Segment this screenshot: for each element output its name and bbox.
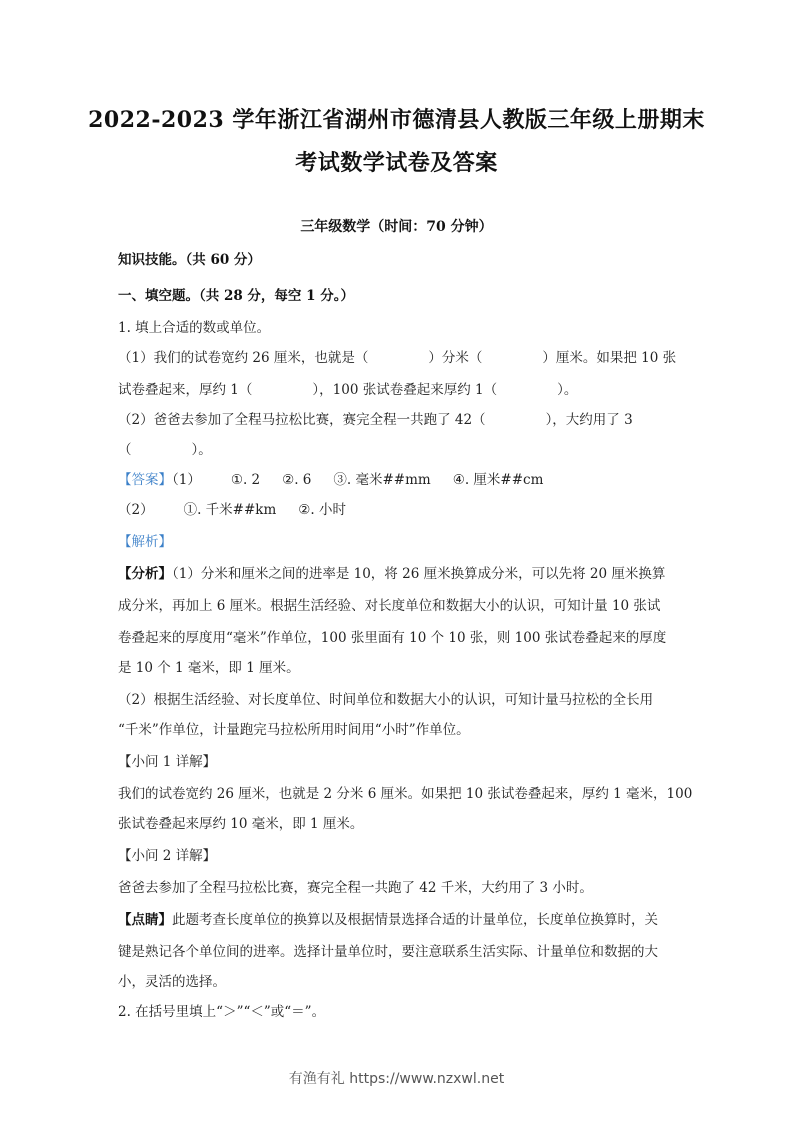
answer-item: ②. 小时 bbox=[298, 502, 346, 518]
analysis-tag: 【分析】 bbox=[118, 566, 172, 582]
text-fragment: ）。 bbox=[192, 442, 212, 458]
text-fragment: 试卷叠起来，厚约 1（ bbox=[118, 382, 252, 398]
answer-prefix: （2） bbox=[118, 502, 154, 518]
text-fragment: （1）我们的试卷宽约 26 厘米，也就是（ bbox=[118, 350, 368, 366]
text-fragment: （2）爸爸去参加了全程马拉松比赛，赛完全程一共跑了 42（ bbox=[118, 412, 486, 428]
answer-line-1: 【答案】（1）①. 2②. 6③. 毫米##mm④. 厘米##cm bbox=[118, 468, 543, 488]
sub-question-2-line: 爸爸去参加了全程马拉松比赛，赛完全程一共跑了 42 千米，大约用了 3 小时。 bbox=[118, 876, 593, 896]
section-knowledge-heading: 知识技能。（共 60 分） bbox=[118, 248, 261, 268]
question-1-part-1-line-2: 试卷叠起来，厚约 1（），100 张试卷叠起来厚约 1（）。 bbox=[118, 378, 577, 398]
text-fragment: ）。 bbox=[557, 382, 577, 398]
sub-question-1-label: 【小问 1 详解】 bbox=[118, 750, 216, 770]
text-fragment: ）分米（ bbox=[428, 350, 482, 366]
answer-item: ①. 千米##km bbox=[184, 502, 277, 518]
sub-question-1-line: 我们的试卷宽约 26 厘米，也就是 2 分米 6 厘米。如果把 10 张试卷叠起… bbox=[118, 782, 692, 802]
answer-item: ①. 2 bbox=[231, 472, 260, 488]
title-line-2: 考试数学试卷及答案 bbox=[0, 146, 793, 177]
tip-text: 此题考查长度单位的换算以及根据情景选择合适的计量单位，长度单位换算时，关 bbox=[172, 912, 658, 928]
tip-line: 【点睛】此题考查长度单位的换算以及根据情景选择合适的计量单位，长度单位换算时，关 bbox=[118, 908, 658, 928]
answer-prefix: （1） bbox=[172, 472, 201, 488]
answer-line-2: （2）①. 千米##km②. 小时 bbox=[118, 498, 346, 518]
answer-item: ②. 6 bbox=[282, 472, 311, 488]
text-fragment: （ bbox=[118, 442, 132, 458]
title-line-1: 2022-2023 学年浙江省湖州市德清县人教版三年级上册期末 bbox=[0, 103, 793, 134]
section-fill-blank-heading: 一、填空题。（共 28 分，每空 1 分。） bbox=[118, 284, 354, 304]
answer-item: ③. 毫米##mm bbox=[333, 472, 430, 488]
tip-line: 键是熟记各个单位间的进率。选择计量单位时，要注意联系生活实际、计量单位和数据的大 bbox=[118, 940, 658, 960]
tip-line: 小，灵活的选择。 bbox=[118, 970, 226, 990]
text-fragment: ），100 张试卷叠起来厚约 1（ bbox=[312, 382, 497, 398]
footer-watermark: 有渔有礼 https://www.nzxwl.net bbox=[0, 1068, 793, 1088]
sub-question-2-label: 【小问 2 详解】 bbox=[118, 844, 216, 864]
analysis-line: 是 10 个 1 毫米，即 1 厘米。 bbox=[118, 656, 300, 676]
text-fragment: ）厘米。如果把 10 张 bbox=[542, 350, 676, 366]
question-1-stem: 1. 填上合适的数或单位。 bbox=[118, 316, 270, 336]
question-1-part-2-line-2: （）。 bbox=[118, 438, 212, 458]
analysis-text: （1）分米和厘米之间的进率是 10，将 26 厘米换算成分米，可以先将 20 厘… bbox=[172, 566, 665, 582]
analysis-line: “千米”作单位，计量跑完马拉松所用时间用“小时”作单位。 bbox=[118, 718, 470, 738]
answer-label: 【答案】 bbox=[118, 472, 172, 488]
analysis-line: 成分米，再加上 6 厘米。根据生活经验、对长度单位和数据大小的认识，可知计量 1… bbox=[118, 594, 660, 614]
text-fragment: ），大约用了 3 bbox=[546, 412, 633, 428]
exam-subtitle: 三年级数学（时间：70 分钟） bbox=[0, 216, 793, 236]
question-1-part-2-line-1: （2）爸爸去参加了全程马拉松比赛，赛完全程一共跑了 42（），大约用了 3 bbox=[118, 408, 633, 428]
question-1-part-1-line-1: （1）我们的试卷宽约 26 厘米，也就是（）分米（）厘米。如果把 10 张 bbox=[118, 346, 676, 366]
tip-tag: 【点睛】 bbox=[118, 912, 172, 928]
analysis-line: 【分析】（1）分米和厘米之间的进率是 10，将 26 厘米换算成分米，可以先将 … bbox=[118, 562, 665, 582]
analysis-line: 卷叠起来的厚度用“毫米”作单位，100 张里面有 10 个 10 张，则 100… bbox=[118, 626, 666, 646]
answer-item: ④. 厘米##cm bbox=[453, 472, 544, 488]
sub-question-1-line: 张试卷叠起来厚约 10 毫米，即 1 厘米。 bbox=[118, 812, 363, 832]
analysis-line: （2）根据生活经验、对长度单位、时间单位和数据大小的认识，可知计量马拉松的全长用 bbox=[118, 688, 653, 708]
analysis-label: 【解析】 bbox=[118, 530, 172, 550]
question-2-stem: 2. 在括号里填上“＞”“＜”或“＝”。 bbox=[118, 1000, 325, 1020]
